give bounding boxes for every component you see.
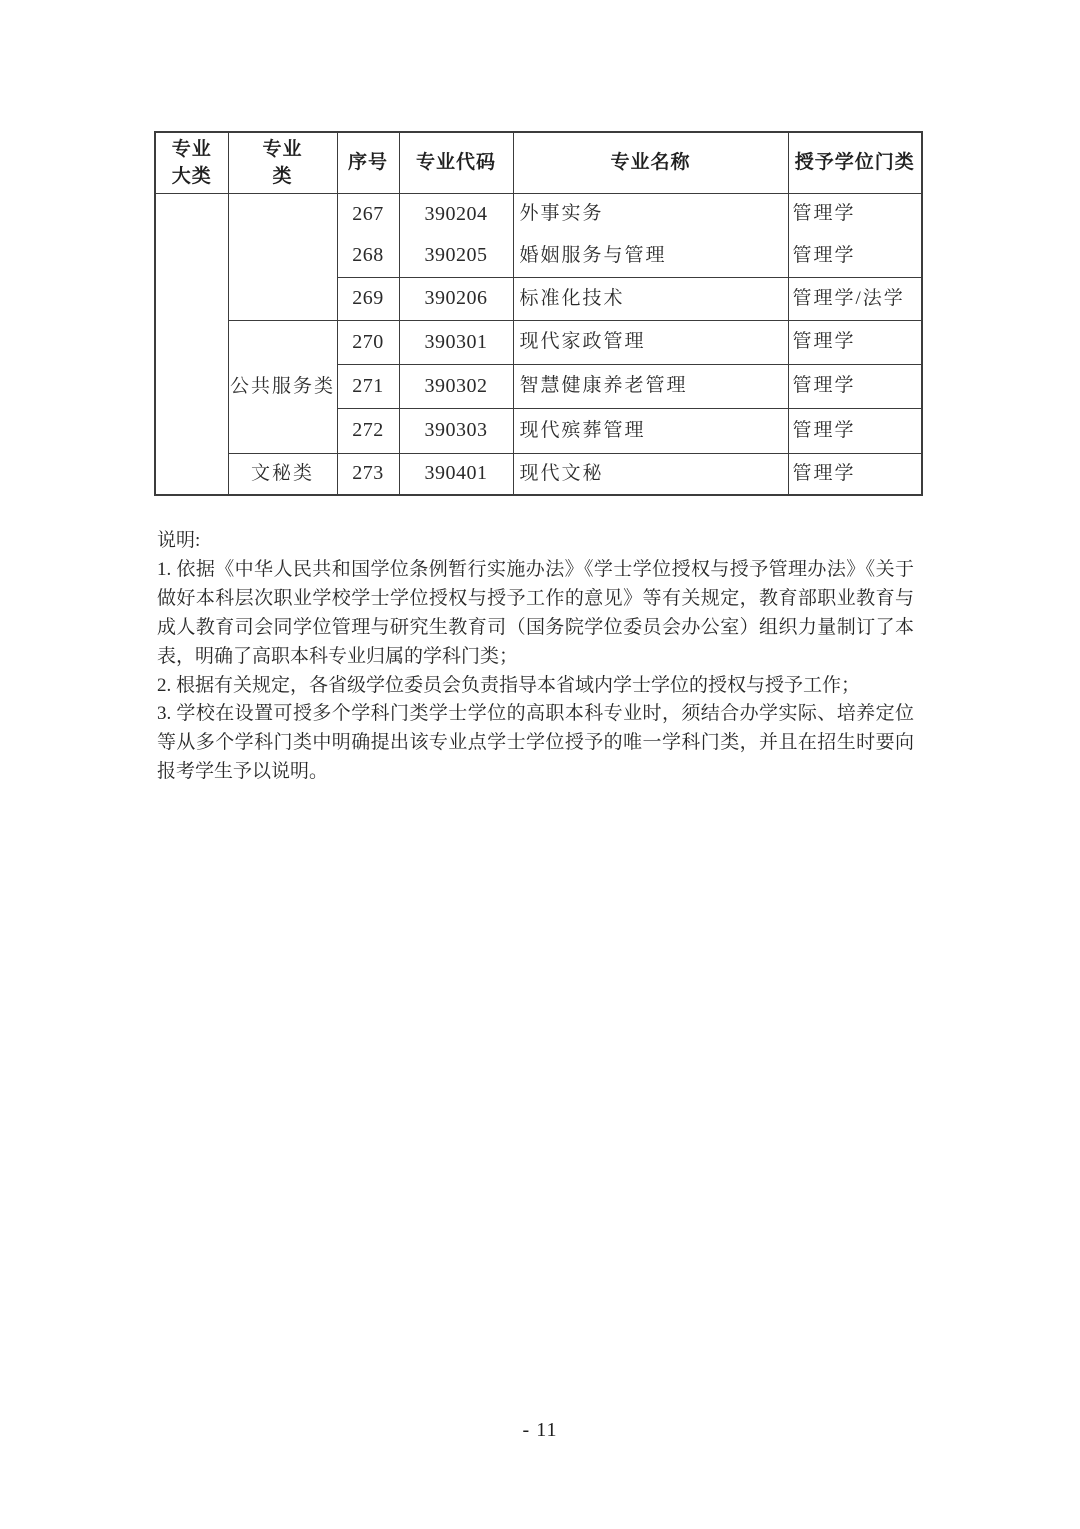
cell-seq: 268 <box>337 235 399 277</box>
cell-code: 390205 <box>399 235 513 277</box>
cell-degree: 管理学 <box>788 364 922 408</box>
table-row: 文秘类 273 390401 现代文秘 管理学 <box>155 453 922 495</box>
header-category-line2: 类 <box>229 163 337 190</box>
cell-category-group-1 <box>228 193 337 320</box>
cell-category-major <box>155 193 228 495</box>
cell-name: 现代家政管理 <box>513 320 788 364</box>
header-category-major: 专业 大类 <box>155 132 228 193</box>
cell-name: 现代殡葬管理 <box>513 408 788 453</box>
page-number: - 11 <box>0 1419 1080 1442</box>
cell-name: 婚姻服务与管理 <box>513 235 788 277</box>
header-seq: 序号 <box>337 132 399 193</box>
cell-category-group-3: 文秘类 <box>228 453 337 495</box>
cell-seq: 271 <box>337 364 399 408</box>
cell-seq: 267 <box>337 193 399 235</box>
cell-degree: 管理学 <box>788 235 922 277</box>
cell-name: 现代文秘 <box>513 453 788 495</box>
note-item-1: 1. 依据《中华人民共和国学位条例暂行实施办法》《学士学位授权与授予管理办法》《… <box>157 556 914 672</box>
table-row: 公共服务类 270 390301 现代家政管理 管理学 <box>155 320 922 364</box>
cell-seq: 272 <box>337 408 399 453</box>
cell-seq: 270 <box>337 320 399 364</box>
document-page: 专业 大类 专业 类 序号 专业代码 专业名称 授予学位门类 267 39020… <box>0 0 1080 1529</box>
header-category: 专业 类 <box>228 132 337 193</box>
cell-name: 外事实务 <box>513 193 788 235</box>
cell-degree: 管理学/法学 <box>788 277 922 320</box>
header-category-major-line2: 大类 <box>156 163 228 190</box>
cell-code: 390302 <box>399 364 513 408</box>
notes-title: 说明: <box>157 527 914 556</box>
header-category-line1: 专业 <box>229 136 337 163</box>
cell-code: 390204 <box>399 193 513 235</box>
header-degree: 授予学位门类 <box>788 132 922 193</box>
cell-code: 390303 <box>399 408 513 453</box>
cell-degree: 管理学 <box>788 408 922 453</box>
table-row: 267 390204 外事实务 管理学 <box>155 193 922 235</box>
note-item-3: 3. 学校在设置可授多个学科门类学士学位的高职本科专业时，须结合办学实际、培养定… <box>157 700 914 787</box>
note-item-2: 2. 根据有关规定，各省级学位委员会负责指导本省域内学士学位的授权与授予工作； <box>157 672 914 701</box>
cell-code: 390301 <box>399 320 513 364</box>
cell-degree: 管理学 <box>788 453 922 495</box>
header-category-major-line1: 专业 <box>156 136 228 163</box>
cell-seq: 269 <box>337 277 399 320</box>
cell-code: 390206 <box>399 277 513 320</box>
header-name: 专业名称 <box>513 132 788 193</box>
cell-name: 智慧健康养老管理 <box>513 364 788 408</box>
cell-name: 标准化技术 <box>513 277 788 320</box>
table-header-row: 专业 大类 专业 类 序号 专业代码 专业名称 授予学位门类 <box>155 132 922 193</box>
cell-degree: 管理学 <box>788 193 922 235</box>
cell-seq: 273 <box>337 453 399 495</box>
major-degree-table: 专业 大类 专业 类 序号 专业代码 专业名称 授予学位门类 267 39020… <box>154 131 923 496</box>
notes-section: 说明: 1. 依据《中华人民共和国学位条例暂行实施办法》《学士学位授权与授予管理… <box>157 527 914 787</box>
cell-code: 390401 <box>399 453 513 495</box>
header-code: 专业代码 <box>399 132 513 193</box>
cell-category-group-2: 公共服务类 <box>228 320 337 453</box>
cell-degree: 管理学 <box>788 320 922 364</box>
